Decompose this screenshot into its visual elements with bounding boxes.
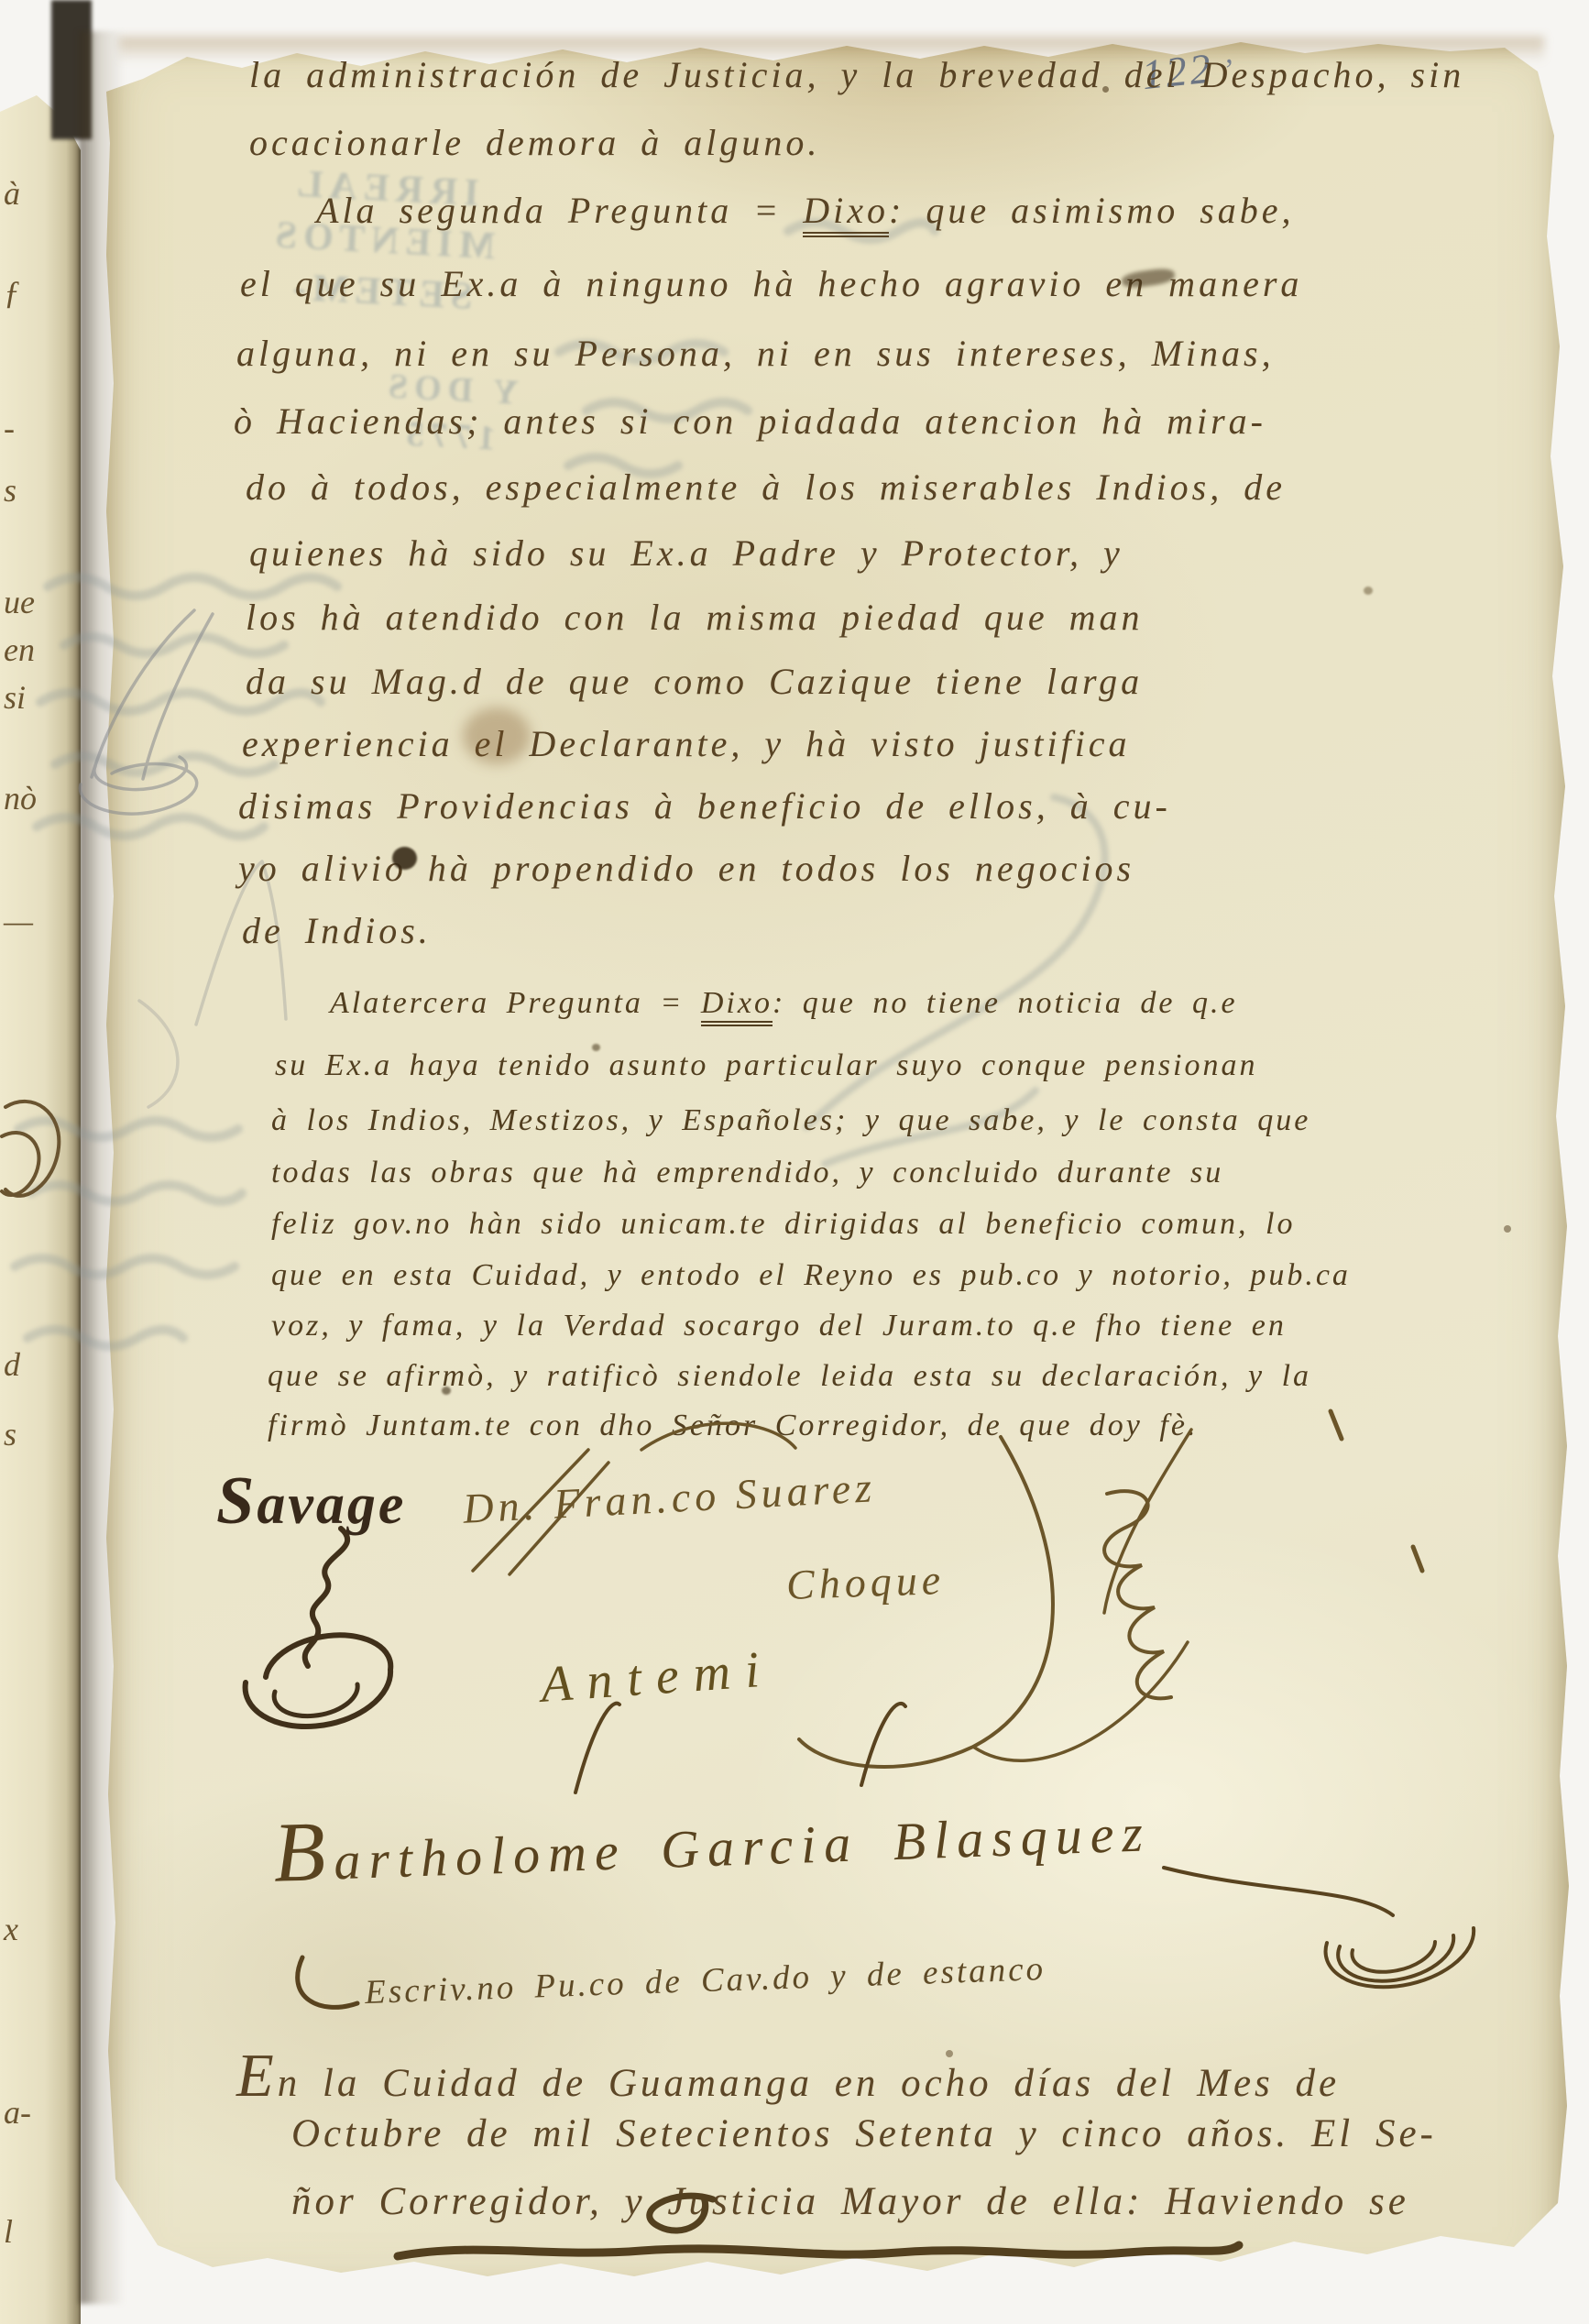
ink-speck	[592, 1044, 600, 1051]
ink-stain	[463, 707, 531, 764]
previous-page-fragment: -	[4, 409, 15, 447]
previous-page-fragment: d	[4, 1345, 20, 1384]
previous-page-fragment: nò	[4, 779, 37, 817]
previous-page-fragment: s	[4, 471, 16, 510]
previous-page-fragment: ƒ	[4, 273, 20, 312]
previous-page-fragment: l	[4, 2212, 13, 2251]
ink-speck	[1364, 586, 1373, 595]
ink-speck	[1102, 86, 1109, 93]
ink-blot	[392, 847, 417, 870]
previous-page-fragment: ue	[4, 583, 35, 621]
previous-page-fragment: en	[4, 630, 35, 669]
previous-page-fragment: —	[4, 902, 33, 940]
ink-speck	[1504, 1225, 1511, 1233]
previous-page-fragment: a-	[4, 2093, 31, 2132]
bleedthrough-print-block: IRREALMIENTOSSETEM-	[236, 156, 528, 326]
ink-speck	[946, 2050, 953, 2057]
previous-page-edge: àƒ-sueensinò—dsxa-l	[0, 95, 81, 2324]
previous-page-fragment: à	[4, 174, 20, 213]
page-number-value: 122	[1140, 44, 1216, 98]
scanned-manuscript-page: àƒ-sueensinò—dsxa-l IRREALMIENTOSSETEM- …	[0, 0, 1589, 2324]
previous-page-fragment: x	[4, 1910, 18, 1948]
page-number: 122’	[1140, 41, 1238, 99]
ink-speck	[442, 1387, 451, 1395]
previous-page-fragment: si	[4, 678, 26, 717]
page-top-aging	[119, 37, 1544, 62]
previous-page-fragment: s	[4, 1415, 16, 1453]
